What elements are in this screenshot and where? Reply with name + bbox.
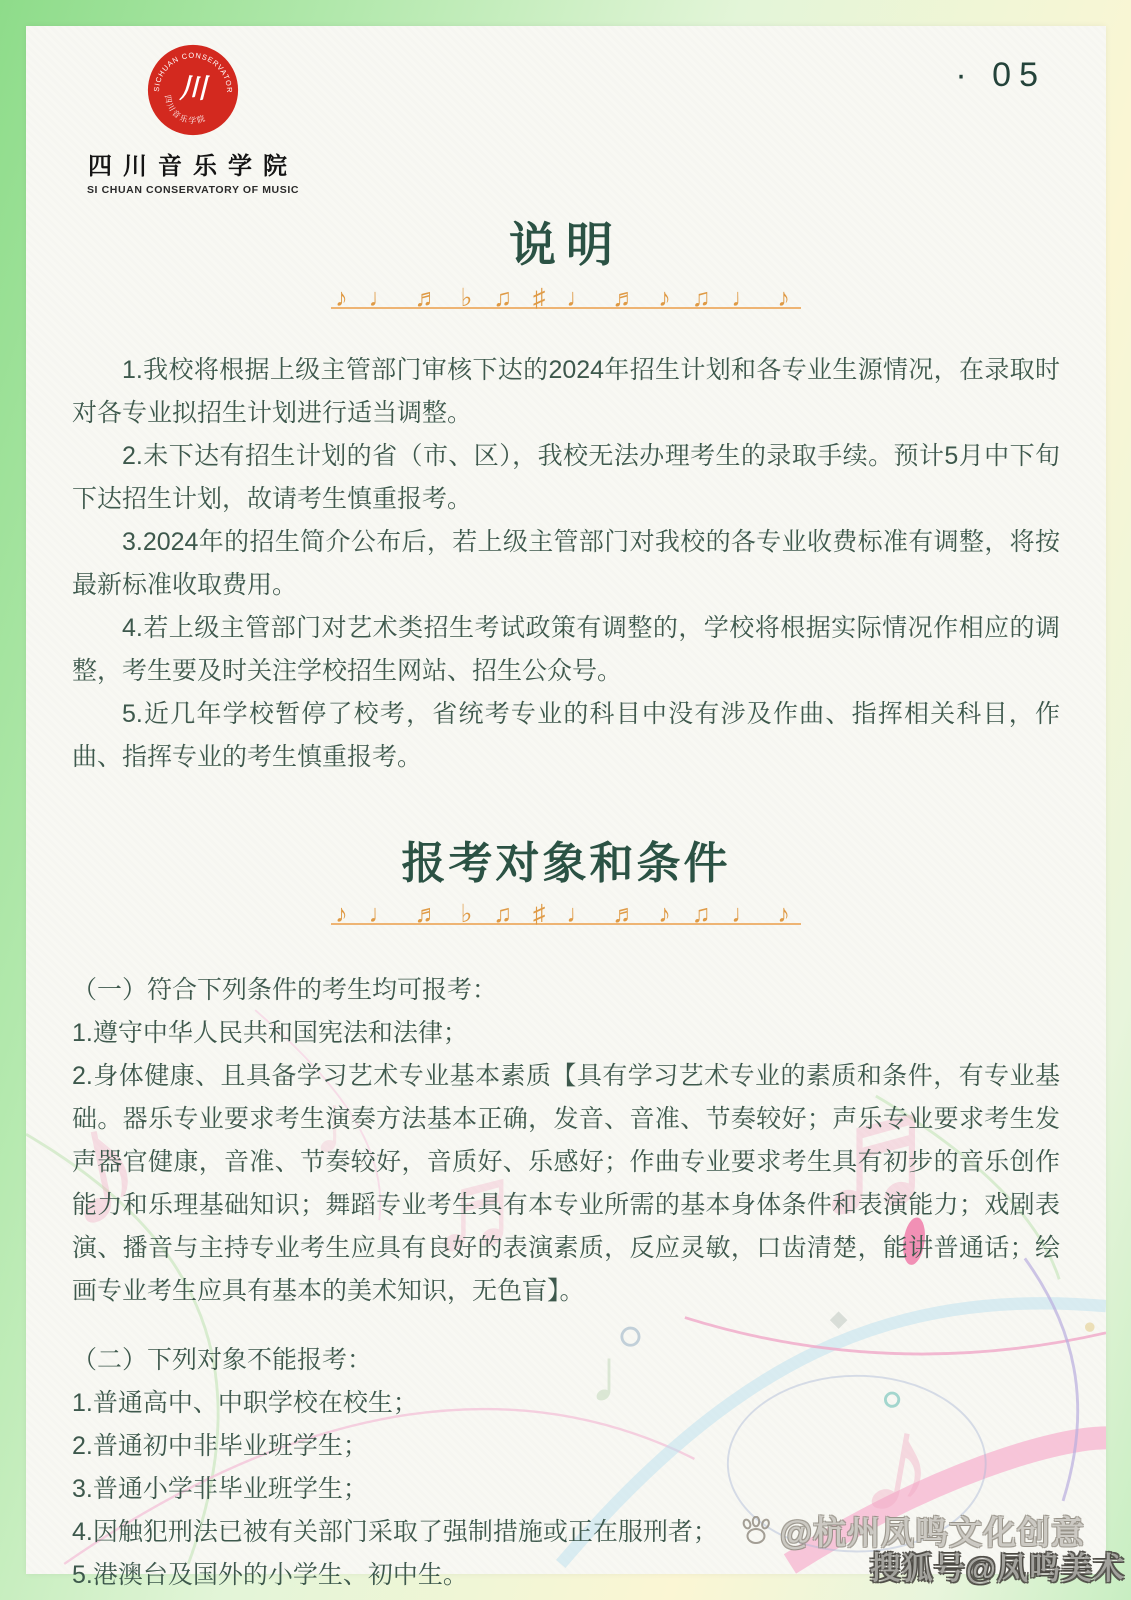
- explanation-body: 1.我校将根据上级主管部门审核下达的2024年招生计划和各专业生源情况，在录取时…: [72, 349, 1060, 779]
- school-name-en: SI CHUAN CONSERVATORY OF MUSIC: [78, 184, 308, 196]
- explanation-paragraph: 5.近几年学校暂停了校考，省统考专业的科目中没有涉及作曲、指挥相关科目，作曲、指…: [72, 693, 1060, 779]
- school-seal-icon: SICHUAN CONSERVATORY OF MUSIC 四川音乐学院 川: [147, 44, 239, 136]
- watermark-sohu-text: 搜狐号@凤鸣美术: [870, 1551, 1125, 1586]
- page-number: · 05: [955, 56, 1046, 95]
- school-name-cn: 四川音乐学院: [78, 146, 308, 181]
- music-notes-icon: ♪ ♩ ♬ ♭ ♫ ♯ ♩ ♬ ♪ ♫ ♩ ♪: [331, 283, 801, 313]
- music-notes-divider: ♪ ♩ ♬ ♭ ♫ ♯ ♩ ♬ ♪ ♫ ♩ ♪: [331, 281, 801, 327]
- explanation-paragraph: 3.2024年的招生简介公布后，若上级主管部门对我校的各专业收费标准有调整，将按…: [72, 521, 1060, 607]
- conditions-body: （一）符合下列条件的考生均可报考： 1.遵守中华人民共和国宪法和法律； 2.身体…: [72, 969, 1060, 1597]
- explanation-paragraph: 2.未下达有招生计划的省（市、区），我校无法办理考生的录取手续。预计5月中下旬下…: [72, 435, 1060, 521]
- condition-item: 3.普通小学非毕业班学生；: [72, 1468, 1060, 1511]
- document-page: ♪ ♩ ♬ ♬ ♪ ♩ SICHUAN: [26, 26, 1106, 1574]
- explanation-paragraph: 1.我校将根据上级主管部门审核下达的2024年招生计划和各专业生源情况，在录取时…: [72, 349, 1060, 435]
- section-title-conditions: 报考对象和条件: [72, 827, 1060, 891]
- seal-center-glyph: 川: [178, 72, 210, 103]
- group-heading: （一）符合下列条件的考生均可报考：: [72, 969, 1060, 1012]
- paw-icon: [740, 1516, 774, 1546]
- explanation-paragraph: 4.若上级主管部门对艺术类招生考试政策有调整的，学校将根据实际情况作相应的调整，…: [72, 607, 1060, 693]
- page-header: SICHUAN CONSERVATORY OF MUSIC 四川音乐学院 川 四…: [72, 44, 1060, 194]
- watermark-sohu: 搜狐号@凤鸣美术: [870, 1543, 1125, 1588]
- school-logo: SICHUAN CONSERVATORY OF MUSIC 四川音乐学院 川 四…: [78, 44, 308, 196]
- condition-item: 1.普通高中、中职学校在校生；: [72, 1382, 1060, 1425]
- condition-item: 1.遵守中华人民共和国宪法和法律；: [72, 1012, 1060, 1055]
- page-frame: ♪ ♩ ♬ ♬ ♪ ♩ SICHUAN: [0, 0, 1131, 1600]
- section-title-explanation: 说明: [72, 208, 1060, 275]
- music-notes-divider: ♪ ♩ ♬ ♭ ♫ ♯ ♩ ♬ ♪ ♫ ♩ ♪: [331, 897, 801, 943]
- condition-item: 2.普通初中非毕业班学生；: [72, 1425, 1060, 1468]
- eligible-group: （一）符合下列条件的考生均可报考： 1.遵守中华人民共和国宪法和法律； 2.身体…: [72, 969, 1060, 1313]
- condition-item: 2.身体健康、且具备学习艺术专业基本素质【具有学习艺术专业的素质和条件，有专业基…: [72, 1055, 1060, 1313]
- music-notes-icon: ♪ ♩ ♬ ♭ ♫ ♯ ♩ ♬ ♪ ♫ ♩ ♪: [331, 899, 801, 929]
- group-heading: （二）下列对象不能报考：: [72, 1339, 1060, 1382]
